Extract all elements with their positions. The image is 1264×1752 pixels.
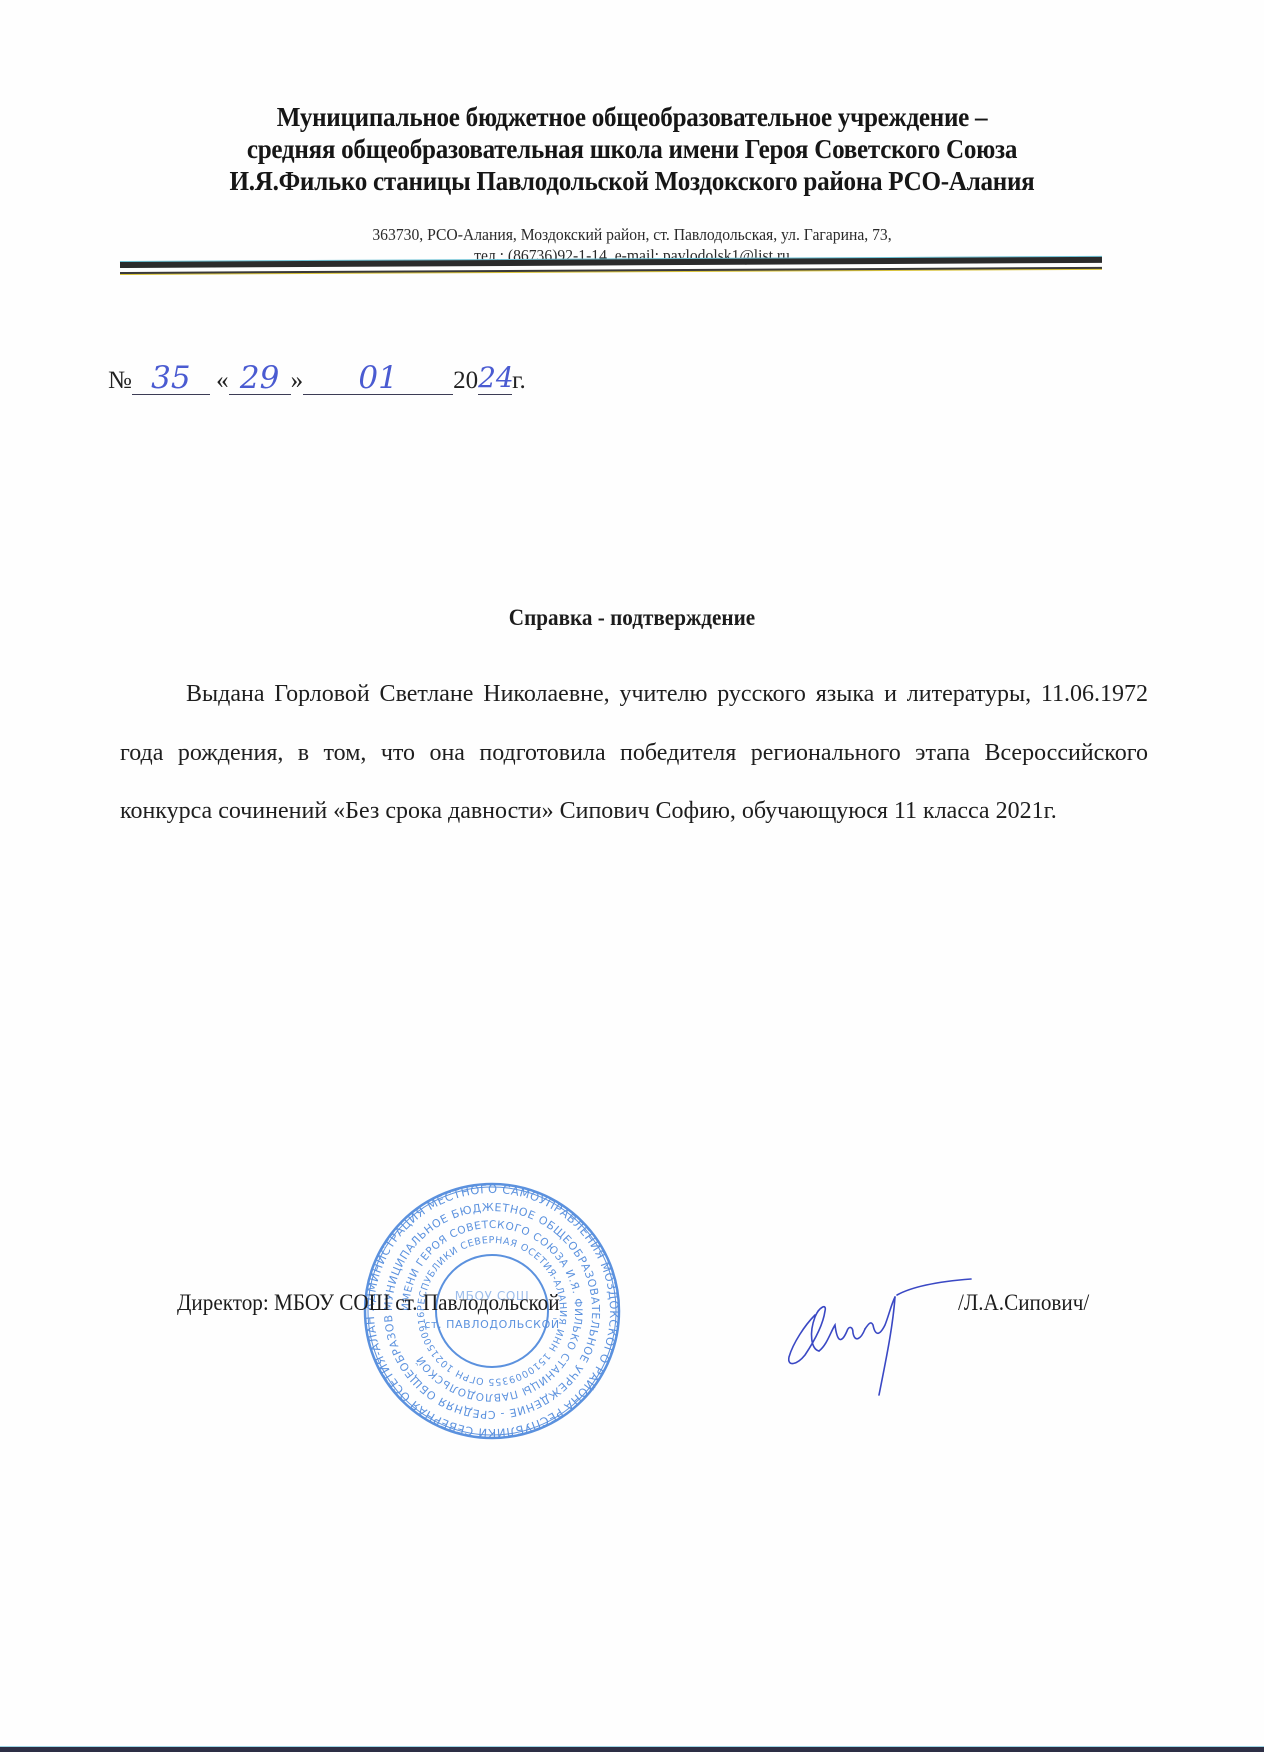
handwritten-year: 24 (478, 364, 512, 392)
header-divider-thin (120, 267, 1102, 274)
registration-line: №35 «29»012024г. (108, 364, 526, 400)
org-name-line-3: И.Я.Филько станицы Павлодольской Моздокс… (44, 166, 1220, 197)
stamp-center-bottom: ст. ПАВЛОДОЛЬСКОЙ (424, 1318, 559, 1331)
close-quote: » (291, 367, 304, 395)
handwritten-day: 29 (229, 364, 291, 392)
address-line: 363730, РСО-Алания, Моздокский район, ст… (51, 225, 1214, 245)
number-label: № (108, 367, 132, 395)
year-prefix: 20 (453, 367, 478, 395)
month-field: 01 (303, 364, 453, 395)
director-position: Директор: МБОУ СОШ ст. Павлодольской (177, 1290, 560, 1316)
day-field: 29 (229, 364, 291, 395)
document-body: Выдана Горловой Светлане Николаевне, учи… (120, 665, 1148, 841)
number-field: 35 (132, 364, 210, 395)
org-name-line-2: средняя общеобразовательная школа имени … (44, 134, 1220, 165)
open-quote: « (216, 367, 229, 395)
handwritten-month: 01 (303, 364, 453, 392)
handwritten-signature (775, 1245, 975, 1405)
body-paragraph: Выдана Горловой Светлане Николаевне, учи… (120, 665, 1148, 841)
year-unit: г. (512, 367, 526, 395)
handwritten-number: 35 (132, 364, 210, 392)
org-name-line-1: Муниципальное бюджетное общеобразователь… (44, 102, 1220, 133)
scan-edge-bar (0, 1746, 1264, 1752)
director-name: /Л.А.Сипович/ (958, 1290, 1089, 1316)
year-field: 24 (478, 364, 512, 395)
document-title: Справка - подтверждение (51, 605, 1214, 631)
